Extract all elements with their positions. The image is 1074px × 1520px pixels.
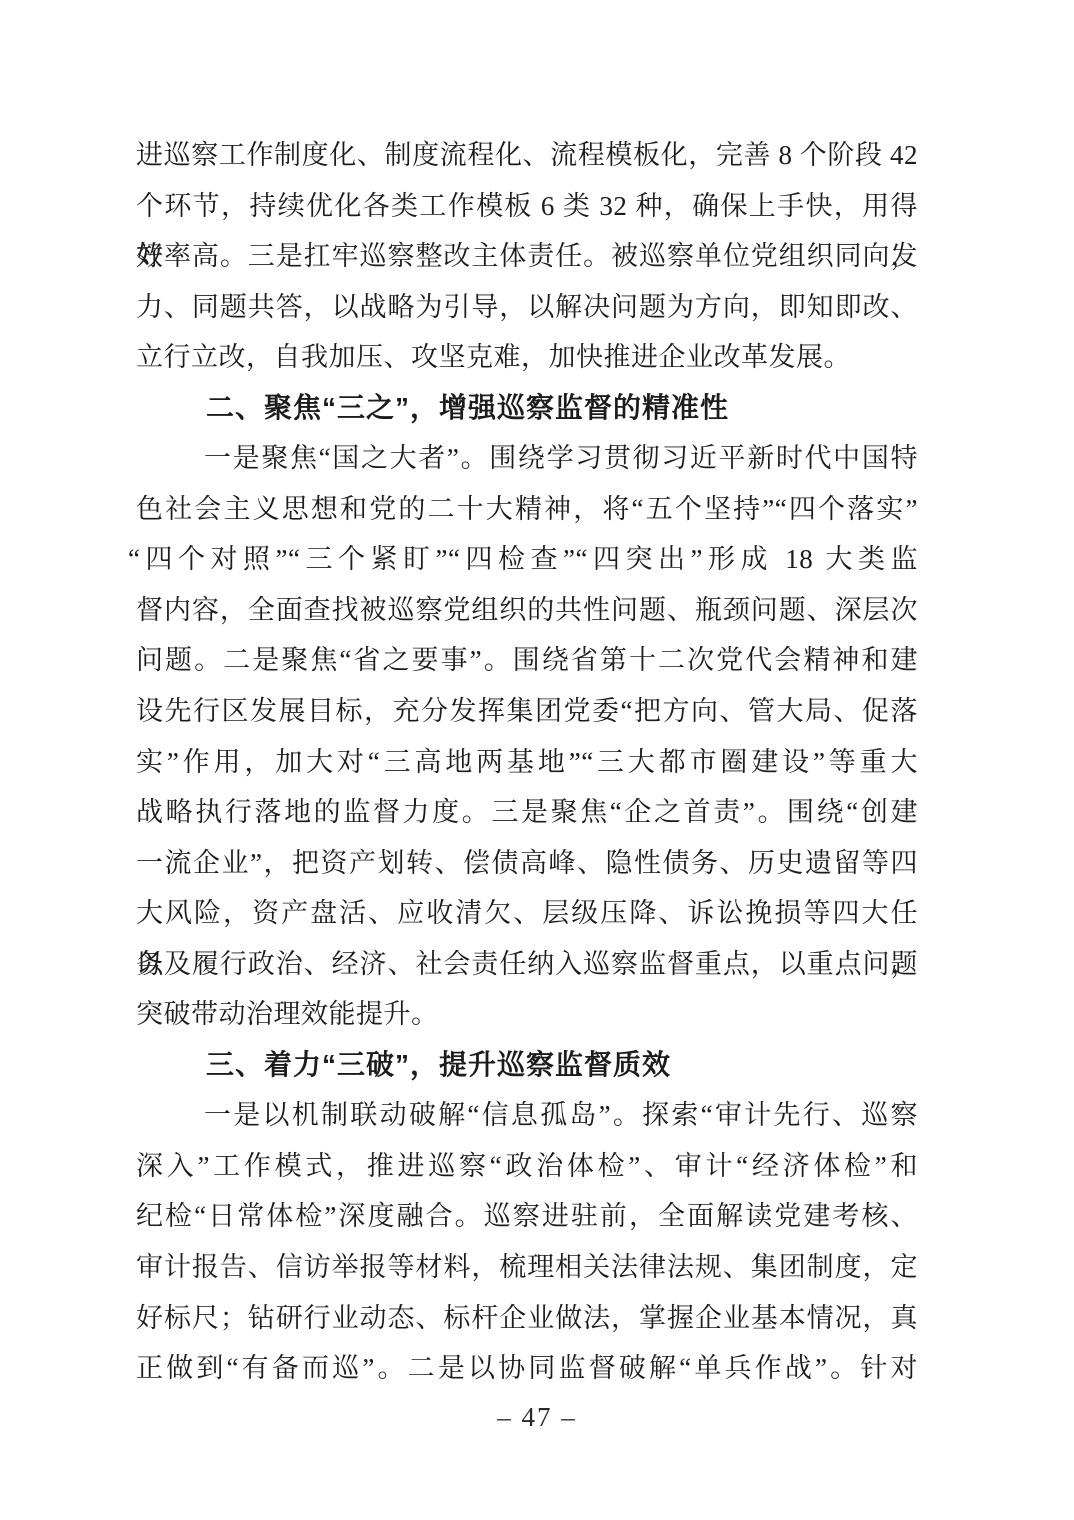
text-line: 深入”工作模式，推进巡察“政治体检”、审计“经济体检”和: [136, 1141, 918, 1192]
document-page: 进巡察工作制度化、制度流程化、流程模板化，完善 8 个阶段 42 个环节，持续优…: [0, 0, 1074, 1520]
text-line: 正做到“有备而巡”。二是以协同监督破解“单兵作战”。针对: [136, 1343, 918, 1394]
text-line: 效率高。三是扛牢巡察整改主体责任。被巡察单位党组织同向发: [136, 231, 918, 282]
document-body: 进巡察工作制度化、制度流程化、流程模板化，完善 8 个阶段 42 个环节，持续优…: [136, 130, 918, 1394]
text-line: 战略执行落地的监督力度。三是聚焦“企之首责”。围绕“创建: [136, 787, 918, 838]
text-line: 色社会主义思想和党的二十大精神，将“五个坚持”“四个落实”: [136, 484, 918, 535]
text-line: 问题。二是聚焦“省之要事”。围绕省第十二次党代会精神和建: [136, 635, 918, 686]
text-line: 以及履行政治、经济、社会责任纳入巡察监督重点，以重点问题: [136, 939, 918, 990]
text-line: 审计报告、信访举报等材料，梳理相关法律法规、集团制度，定: [136, 1242, 918, 1293]
text-line: 设先行区发展目标，充分发挥集团党委“把方向、管大局、促落: [136, 686, 918, 737]
section-heading-3: 三、着力“三破”，提升巡察监督质效: [136, 1040, 918, 1091]
text-line: 一流企业”，把资产划转、偿债高峰、隐性债务、历史遗留等四: [136, 838, 918, 889]
text-line: 立行立改，自我加压、攻坚克难，加快推进企业改革发展。: [136, 332, 918, 383]
text-line: 纪检“日常体检”深度融合。巡察进驻前，全面解读党建考核、: [136, 1191, 918, 1242]
page-footer: – 47 –: [0, 1402, 1074, 1433]
text-line: 突破带动治理效能提升。: [136, 989, 918, 1040]
text-line: 进巡察工作制度化、制度流程化、流程模板化，完善 8 个阶段 42: [136, 130, 918, 181]
text-line: 一是聚焦“国之大者”。围绕学习贯彻习近平新时代中国特: [136, 433, 918, 484]
text-line: “四个对照”“三个紧盯”“四检查”“四突出”形成 18 大类监: [136, 534, 918, 585]
page-number: – 47 –: [497, 1402, 577, 1432]
text-line: 督内容，全面查找被巡察党组织的共性问题、瓶颈问题、深层次: [136, 585, 918, 636]
text-line: 力、同题共答，以战略为引导，以解决问题为方向，即知即改、: [136, 282, 918, 333]
text-line: 好标尺；钻研行业动态、标杆企业做法，掌握企业基本情况，真: [136, 1293, 918, 1344]
text-line: 大风险，资产盘活、应收清欠、层级压降、诉讼挽损等四大任务，: [136, 888, 918, 939]
section-heading-2: 二、聚焦“三之”，增强巡察监督的精准性: [136, 383, 918, 434]
text-line: 实”作用，加大对“三高地两基地”“三大都市圈建设”等重大: [136, 737, 918, 788]
text-line: 个环节，持续优化各类工作模板 6 类 32 种，确保上手快，用得好，: [136, 181, 918, 232]
text-line: 一是以机制联动破解“信息孤岛”。探索“审计先行、巡察: [136, 1090, 918, 1141]
